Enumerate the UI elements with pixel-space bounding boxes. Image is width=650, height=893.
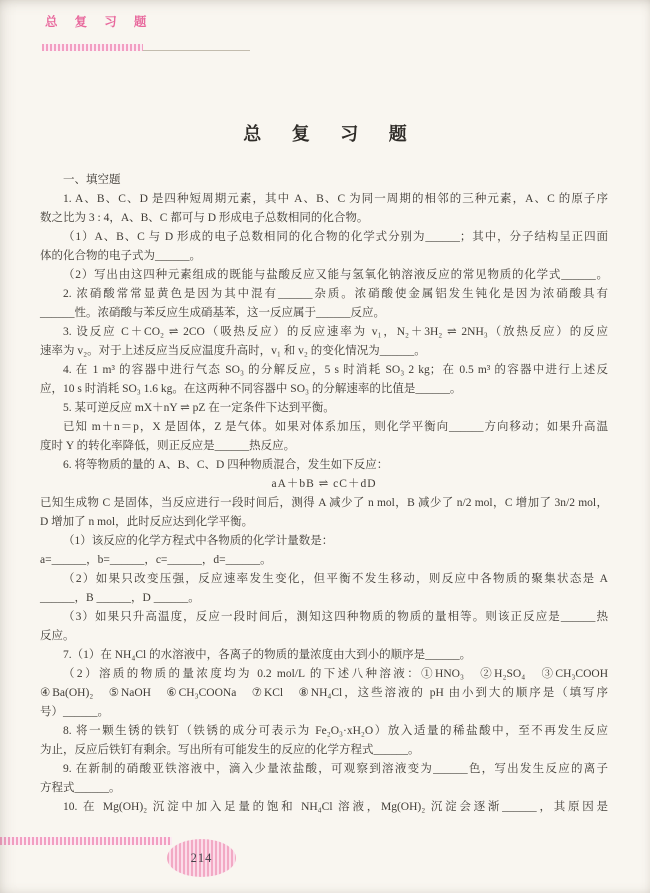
text-line: 8. 将一颗生锈的铁钉（铁锈的成分可表示为 Fe₂O₃·xH₂O）放入适量的稀盐… <box>40 722 608 741</box>
text-line: （1）A、B、C 与 D 形成的电子总数相同的化合物的化学式分别为______；… <box>40 228 608 247</box>
text-line: 7.（1）在 NH₄Cl 的水溶液中，各离子的物质的量浓度由大到小的顺序是___… <box>40 646 608 665</box>
text-line: 1. A、B、C、D 是四种短周期元素，其中 A、B、C 为同一周期的相邻的三种… <box>40 190 608 209</box>
running-header: 总 复 习 题 <box>45 12 153 30</box>
text-line: 2. 浓硝酸常常显黄色是因为其中混有______杂质。浓硝酸使金属铝发生钝化是因… <box>40 285 608 304</box>
text-line: ④Ba(OH)₂ ⑤NaOH ⑥CH₃COONa ⑦KCl ⑧NH₄Cl，这些溶… <box>40 684 608 703</box>
book-page: 总 复 习 题 总 复 习 题 一、填空题1. A、B、C、D 是四种短周期元素… <box>0 0 650 893</box>
text-line: 一、填空题 <box>40 171 608 190</box>
text-line: 体的化合物的电子式为______。 <box>40 247 608 266</box>
text-line: 方程式______。 <box>40 779 608 798</box>
footer-stripe-decoration <box>0 837 172 845</box>
page-title: 总 复 习 题 <box>0 120 650 146</box>
text-line: 应，10 s 时消耗 SO₃ 1.6 kg。在这两种不同容器中 SO₃ 的分解速… <box>40 380 608 399</box>
question-list: 一、填空题1. A、B、C、D 是四种短周期元素，其中 A、B、C 为同一周期的… <box>40 171 608 817</box>
text-line: （2）写出由这四种元素组成的既能与盐酸反应又能与氢氧化钠溶液反应的常见物质的化学… <box>40 266 608 285</box>
text-line: aA＋bB ⇌ cC＋dD <box>40 475 608 494</box>
page-number-badge: 214 <box>167 839 236 877</box>
text-line: （1）该反应的化学方程式中各物质的化学计量数是： <box>40 532 608 551</box>
text-line: 为止，反应后铁钉有剩余。写出所有可能发生的反应的化学方程式______。 <box>40 741 608 760</box>
text-line: （2）如果只改变压强，反应速率发生变化，但平衡不发生移动，则反应中各物质的聚集状… <box>40 570 608 589</box>
text-line: D 增加了 n mol，此时反应达到化学平衡。 <box>40 513 608 532</box>
text-line: ______，B ______，D ______。 <box>40 589 608 608</box>
text-line: 9. 在新制的硝酸亚铁溶液中，滴入少量浓盐酸，可观察到溶液变为______色，写… <box>40 760 608 779</box>
text-line: （3）如果只升高温度，反应一段时间后，测知这四种物质的物质的量相等。则该正反应是… <box>40 608 608 627</box>
text-line: 4. 在 1 m³ 的容器中进行气态 SO₃ 的分解反应，5 s 时消耗 SO₃… <box>40 361 608 380</box>
text-line: 已知 m＋n＝p，X 是固体，Z 是气体。如果对体系加压，则化学平衡向_____… <box>40 418 608 437</box>
text-line: 反应。 <box>40 627 608 646</box>
text-line: 度时 Y 的转化率降低，则正反应是______热反应。 <box>40 437 608 456</box>
text-line: 6. 将等物质的量的 A、B、C、D 四种物质混合，发生如下反应： <box>40 456 608 475</box>
text-line: ______性。浓硝酸与苯反应生成硝基苯，这一反应属于______反应。 <box>40 304 608 323</box>
text-line: 号）______。 <box>40 703 608 722</box>
text-line: 数之比为 3 : 4，A、B、C 都可与 D 形成电子总数相同的化合物。 <box>40 209 608 228</box>
text-line: a=______，b=______，c=______，d=______。 <box>40 551 608 570</box>
text-line: 10. 在 Mg(OH)₂ 沉淀中加入足量的饱和 NH₄Cl 溶液，Mg(OH)… <box>40 798 608 817</box>
text-line: 已知生成物 C 是固体，当反应进行一段时间后，测得 A 减少了 n mol，B … <box>40 494 608 513</box>
text-line: 速率为 v₂。对于上述反应当反应温度升高时，v₁ 和 v₂ 的变化情况为____… <box>40 342 608 361</box>
text-line: （2）溶质的物质的量浓度均为 0.2 mol/L 的下述八种溶液：①HNO₃ ②… <box>40 665 608 684</box>
text-line: 3. 设反应 C＋CO₂ ⇌ 2CO（吸热反应）的反应速率为 v₁，N₂＋3H₂… <box>40 323 608 342</box>
header-rule-line <box>143 50 250 51</box>
header-stripe-decoration <box>42 44 143 51</box>
text-line: 5. 某可逆反应 mX＋nY ⇌ pZ 在一定条件下达到平衡。 <box>40 399 608 418</box>
